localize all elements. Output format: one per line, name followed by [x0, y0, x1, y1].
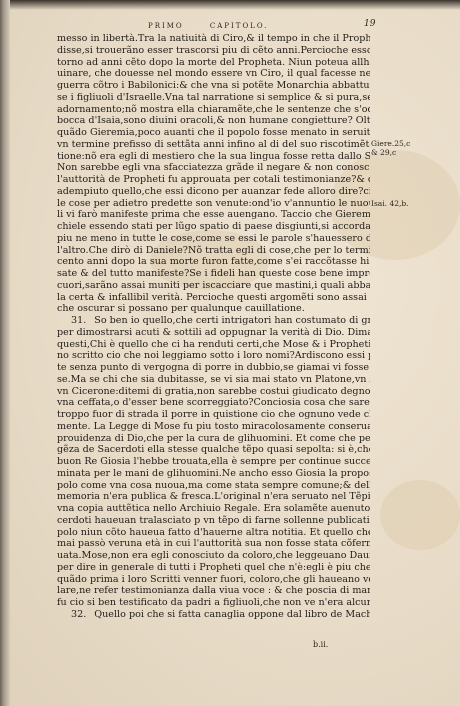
text-line: tione:nõ era egli di mestiero che la sua… [57, 151, 370, 163]
running-head-left: PRIMO [148, 22, 184, 30]
marginal-note: Giere.25,c [371, 139, 410, 148]
text-line: se i figliuoli d'Israelle.Vna tal narrat… [57, 92, 370, 104]
text-line: questi,Chi è quello che ci ha renduti ce… [57, 339, 370, 351]
text-line: cerdoti haueuan tralasciato p vn tẽpo di… [57, 515, 370, 527]
text-line: per dimostrarsi acuti & sottili ad oppug… [57, 327, 370, 339]
text-line: mente. La Legge di Mose fu piu tosto mir… [57, 421, 370, 433]
text-line: la certa & infallibil verità. Percioche … [57, 292, 370, 304]
text-line: quãdo Gieremia,poco auanti che il popolo… [57, 127, 370, 139]
marginal-note: Isai. 42,b. [371, 199, 409, 208]
text-line: no scritto cio che noi leggiamo sotto i … [57, 350, 370, 362]
text-line: chiele essendo stati per lũgo spatio di … [57, 221, 370, 233]
text-line: guerra cõtro i Babilonici:& che vna si p… [57, 80, 370, 92]
running-head: PRIMO CAPITOLO. [148, 22, 308, 30]
text-line: sate & del tutto manifeste?Se i fideli h… [57, 268, 370, 280]
book-page: PRIMO CAPITOLO. 19 messo in libertà.Tra … [0, 0, 460, 706]
text-line: uata.Mose,non era egli conosciuto da col… [57, 550, 370, 562]
text-line: Non sarebbe egli vna sfacciatezza grãde … [57, 162, 370, 174]
text-line: prouidenza di Dio,che per la cura de gli… [57, 433, 370, 445]
text-line: se.Ma se chi che sia dubitasse, se vi si… [57, 374, 370, 386]
text-line: li vi farò manifeste prima che esse auen… [57, 209, 370, 221]
text-line: polo come vna cosa nuoua,ma come stata s… [57, 480, 370, 492]
body-text: messo in libertà.Tra la natiuità di Ciro… [57, 33, 370, 621]
text-line: disse,si trouerãno esser trascorsi piu d… [57, 45, 370, 57]
text-line: lare,ne refer testimonianza dalla viua v… [57, 585, 370, 597]
text-line: cuori,sarãno assai muniti per iscacciare… [57, 280, 370, 292]
text-line: fu cio si ben testificato da padri a fig… [57, 597, 370, 609]
page-number: 19 [364, 19, 375, 29]
text-line: memoria n'era publica & fresca.L'origina… [57, 491, 370, 503]
page-gutter-edge [0, 0, 10, 706]
text-line: messo in libertà.Tra la natiuità di Ciro… [57, 33, 370, 45]
text-line: mai passò veruna età in cui l'auttorità … [57, 538, 370, 550]
text-line: 32.Quello poi che si fatta canaglia oppo… [57, 609, 370, 621]
paper-stain [380, 480, 460, 550]
page-top-shadow [0, 0, 460, 10]
text-line: troppo fuor di strada il porre in quisti… [57, 409, 370, 421]
text-line: vn termine prefisso di settãta anni infi… [57, 139, 370, 151]
text-line: l'altro.Che dirò di Daniele?Nõ tratta eg… [57, 245, 370, 257]
text-line: adempiuto quello,che essi dicono per aua… [57, 186, 370, 198]
text-line: gẽza de Sacerdoti ella stesse qualche tẽ… [57, 444, 370, 456]
section-number: 32. [71, 609, 86, 620]
text-line: vna copia auttẽtica nello Archiuio Regal… [57, 503, 370, 515]
text-line: vna ceffata,o d'esser bene scorreggiato?… [57, 397, 370, 409]
text-line: adornamento;nõ mostra ella chiaramẽte,ch… [57, 104, 370, 116]
text-line: torno ad anni cẽto dopo la morte del Pro… [57, 57, 370, 69]
text-line: minata per le mani de glihuomini.Ne anch… [57, 468, 370, 480]
text-line: per dire in generale di tutti i Propheti… [57, 562, 370, 574]
running-head-right: CAPITOLO. [210, 22, 269, 30]
printer-signature: b.ii. [313, 640, 328, 649]
text-line: quãdo prima i loro Scritti venner fuori,… [57, 574, 370, 586]
text-line: uinare, che douesse nel mondo essere vn … [57, 68, 370, 80]
text-line: vn Cicerone:ditemi di gratia,non sarebbe… [57, 386, 370, 398]
section-number: 31. [71, 315, 86, 326]
text-line: 31.So ben io quello,che certi intrigator… [57, 315, 370, 327]
text-line: che oscurar si possano per qualunque cau… [57, 303, 370, 315]
text-line: polo niun cõto haueua fatto d'hauerne al… [57, 527, 370, 539]
marginal-note: & 29,c [371, 148, 396, 157]
text-line: cento anni dopo la sua morte furon fatte… [57, 256, 370, 268]
text-line: bocca d'Isaia,sono diuini oracoli,& non … [57, 115, 370, 127]
text-line: l'auttorità de Propheti fu approuata per… [57, 174, 370, 186]
text-line: piu ne meno in tutte le cose,come se ess… [57, 233, 370, 245]
text-line: buon Re Giosia l'hebbe trouata,ella è se… [57, 456, 370, 468]
text-line: le cose per adietro predette son venute:… [57, 198, 370, 210]
text-line: te senza punto di vergogna di porre in d… [57, 362, 370, 374]
